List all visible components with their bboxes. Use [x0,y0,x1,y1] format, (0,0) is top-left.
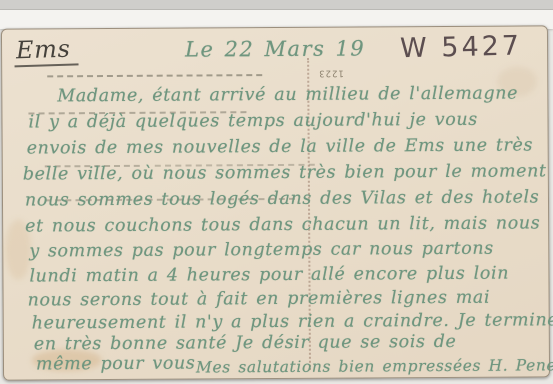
message-line: en très bonne santé Je désir que se sois… [34,333,457,355]
place-name: Ems [14,34,79,67]
signature-line: Mes salutations bien empressées H. Penel [196,356,553,377]
message-line: envois de mes nouvelles de la ville de E… [27,136,533,158]
photo-of-postcard: Ems Le 22 Mars 19 W 5427 1223 Madame, ét… [0,0,553,384]
message-line: et nous couchons tous dans chacun un lit… [25,214,540,236]
message-line: lundi matin a 4 heures pour allé encore … [29,265,509,287]
faint-print-number: 1223 [318,68,344,78]
date-line: Le 22 Mars 19 [185,36,365,61]
message-line: Madame, étant arrivé au millieu de l'all… [57,85,518,107]
message-line: nous sommes tous logés dans des Vilas et… [25,188,539,210]
printed-divider-line [47,74,262,77]
catalog-number-pencil: W 5427 [400,30,523,64]
message-line: belle ville, où nous sommes très bien po… [23,162,547,184]
postcard-back: Ems Le 22 Mars 19 W 5427 1223 Madame, ét… [1,25,550,380]
sleeve-edge-strip [0,0,553,10]
message-line: nous serons tout à fait en premières lig… [28,289,491,311]
message-line: même pour vous [36,354,196,374]
message-line: heureusement il n'y a plus rien a craind… [32,311,553,333]
message-line: il y a déjà quelques temps aujourd'hui j… [28,111,477,133]
message-line: y sommes pas pour longtemps car nous par… [29,240,494,262]
